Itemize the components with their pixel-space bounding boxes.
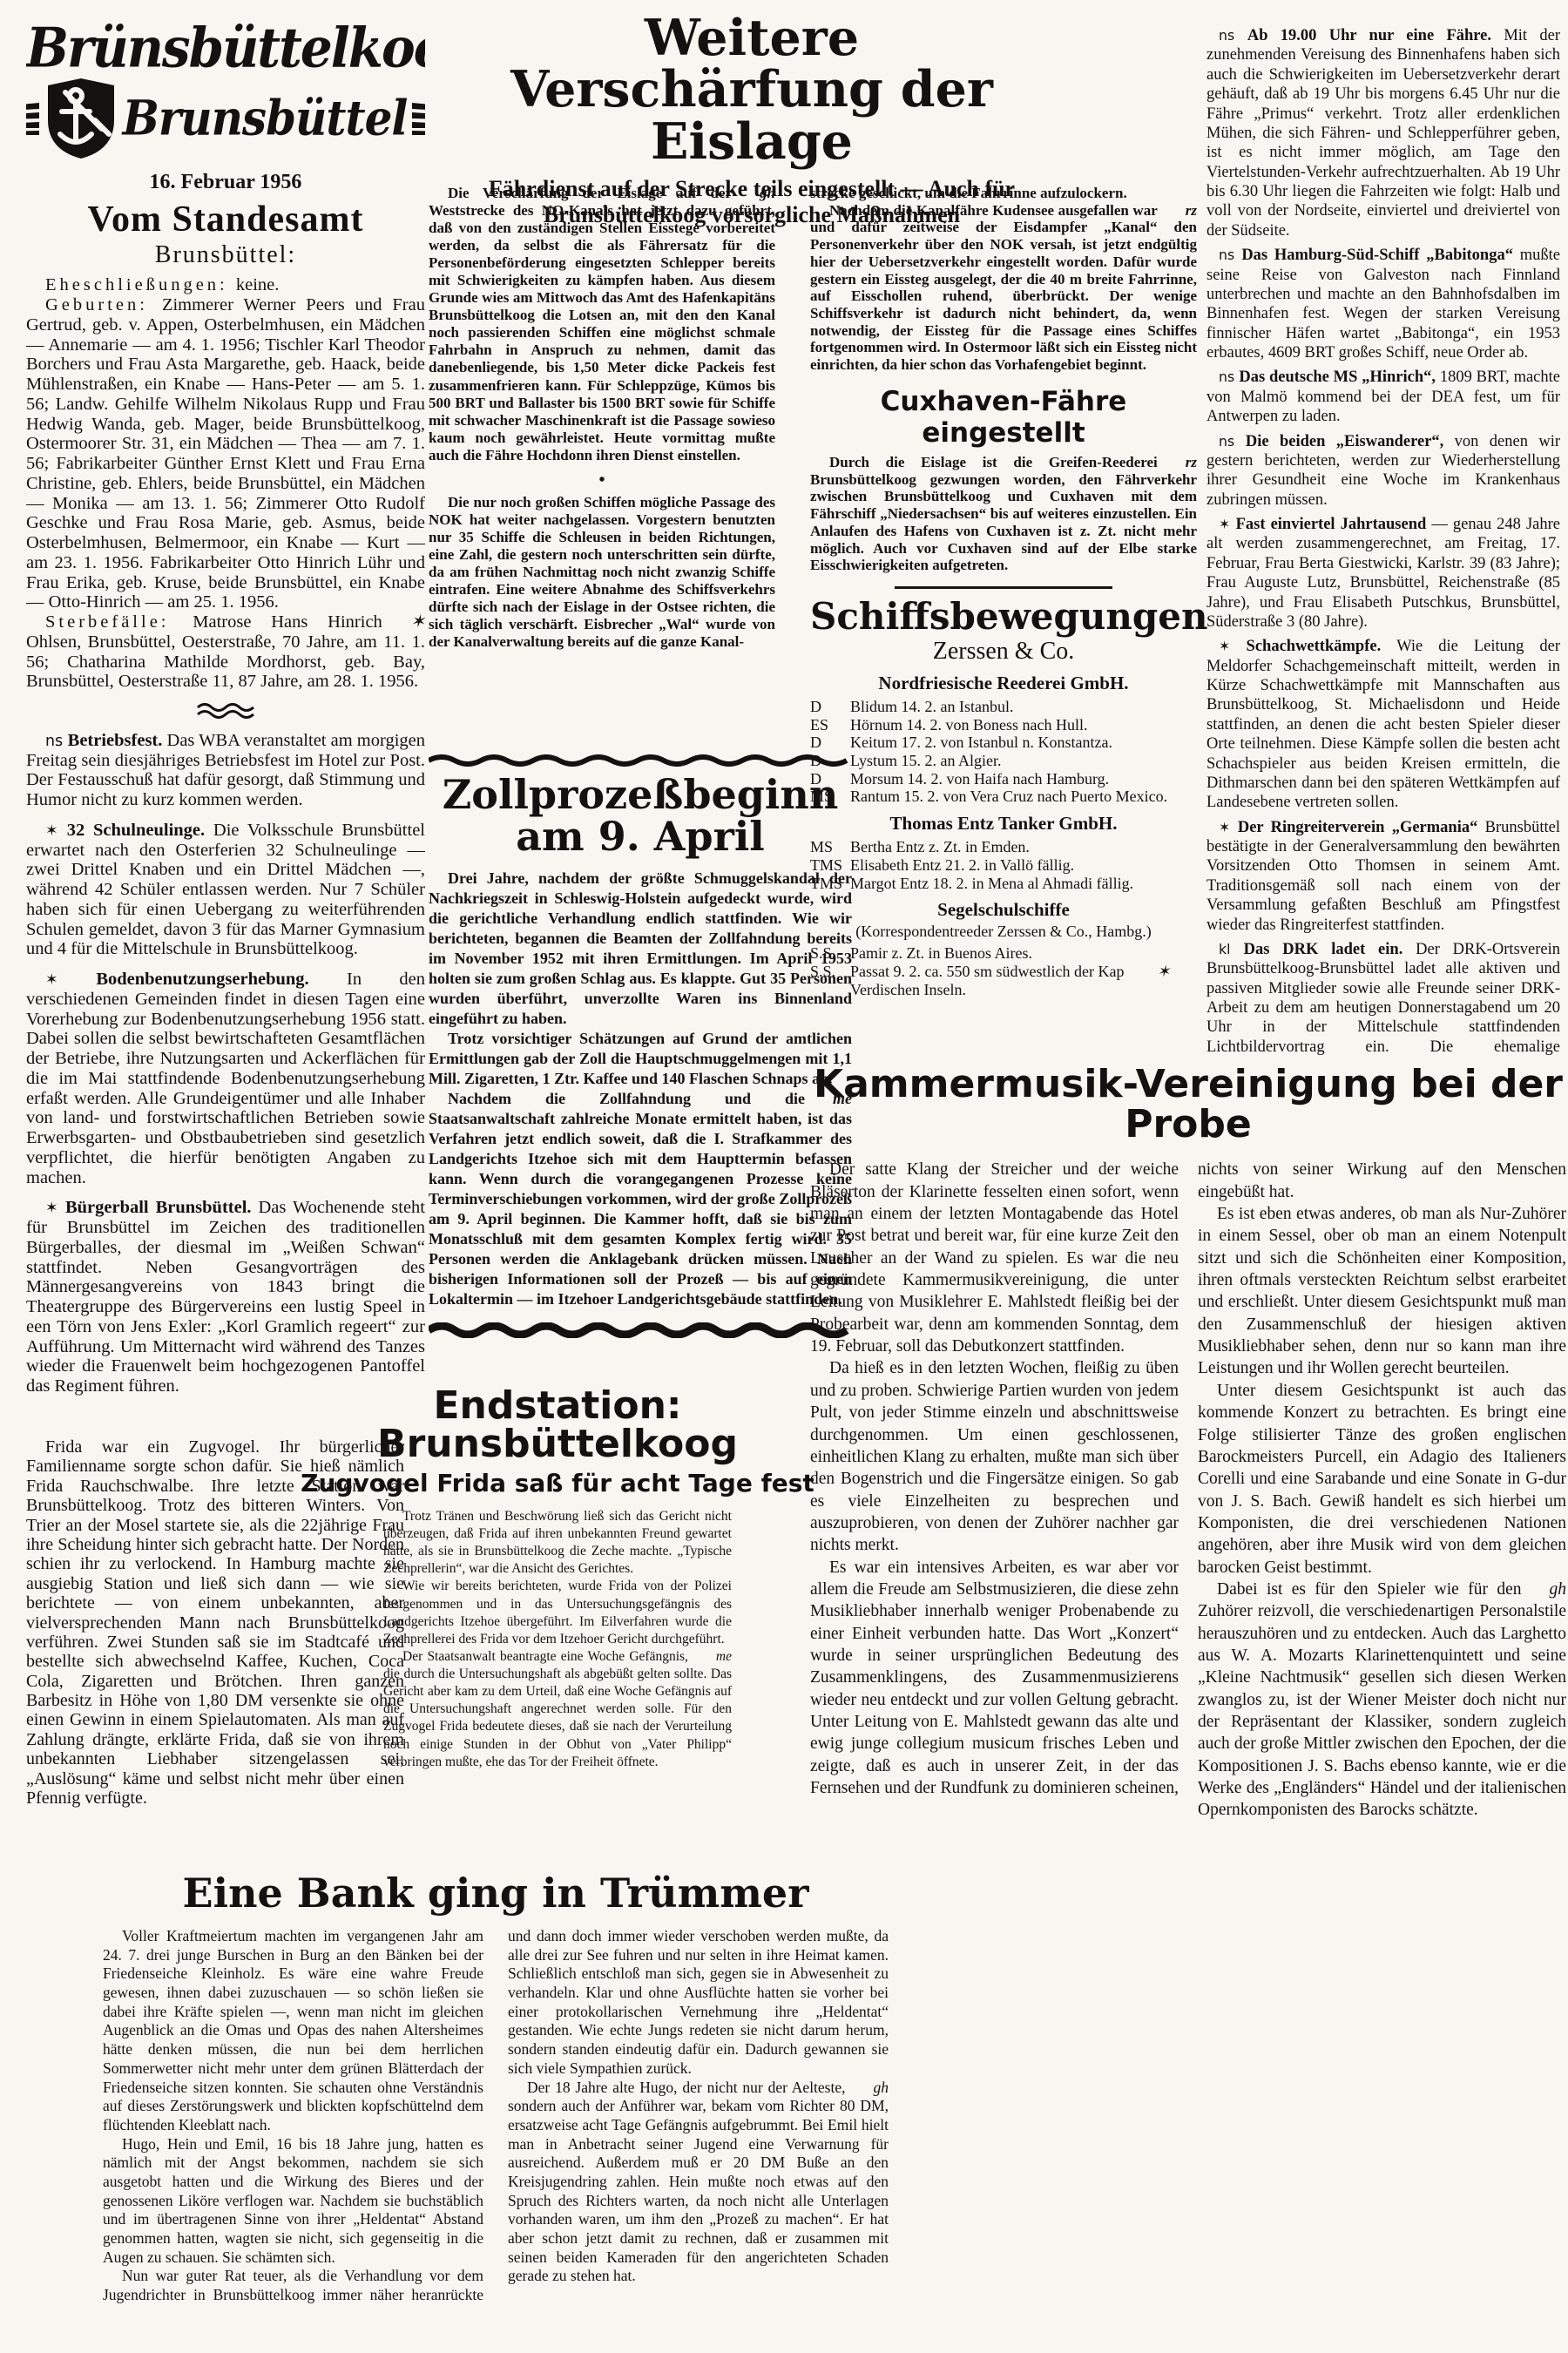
- paragraph: ns Die beiden „Eiswanderer“, von denen w…: [1206, 432, 1560, 510]
- tag-mark: TMS: [810, 875, 850, 893]
- kammermusik-body: Der satte Klang der Streicher und der we…: [810, 1159, 1566, 1897]
- paragraph: DBlidum 14. 2. an Istanbul.: [810, 698, 1197, 716]
- tag-mark: MS: [810, 788, 850, 806]
- paragraph: Der satte Klang der Streicher und der we…: [810, 1159, 1179, 1357]
- paragraph: ✶ Fast einviertel Jahrtausend — genau 24…: [1206, 515, 1560, 632]
- wavy-rule-top-icon: [429, 753, 852, 768]
- endstation-headline: Endstation: Brunsbüttelkoog: [261, 1387, 854, 1464]
- section-rule: [895, 586, 1112, 589]
- issue-date: 16. Februar 1956: [26, 171, 425, 194]
- eislage-para-2: Die nur noch großen Schiffen mögliche Pa…: [429, 494, 775, 651]
- paragraph: Voller Kraftmeiertum machten im vergange…: [103, 1927, 483, 2135]
- lead-mark: Fast einviertel Jahrtausend: [1236, 516, 1432, 533]
- paragraph: TMSElisabeth Entz 21. 2. in Vallö fällig…: [810, 856, 1197, 875]
- star-mark: ns: [1219, 247, 1241, 263]
- wavy-rule-bottom-icon: [429, 1322, 852, 1337]
- slead-mark: Sterbefälle:: [45, 612, 193, 632]
- tag-mark: D: [810, 752, 850, 770]
- city-crest-icon: [44, 77, 118, 160]
- paragraph: Drei Jahre, nachdem der größte Schmuggel…: [429, 869, 852, 1029]
- endstation-article: Endstation: Brunsbüttelkoog Zugvogel Fri…: [261, 1387, 854, 1771]
- paragraph: ✶ Bürgerball Brunsbüttel. Das Wochenende…: [26, 1198, 425, 1396]
- star-mark: kl: [1219, 941, 1244, 957]
- bank-headline: Eine Bank ging in Trümmer: [103, 1873, 889, 1913]
- paragraph: meDer Staatsanwalt beantragte eine Woche…: [383, 1648, 732, 1771]
- bank-body: Voller Kraftmeiertum machten im vergange…: [103, 1927, 889, 2353]
- star-mark: ✶: [45, 1200, 65, 1217]
- paragraph: Unter diesem Gesichtspunkt ist auch das …: [1198, 1380, 1566, 1579]
- ships-group-list: MSBertha Entz z. Zt. in Emden.TMSElisabe…: [810, 838, 1197, 892]
- ships-group-note: (Korrespondentreeder Zerssen & Co., Hamb…: [810, 923, 1197, 941]
- standesamt-body: Eheschließungen: keine.Geburten: Zimmere…: [26, 275, 425, 692]
- endstation-column-2: Trotz Tränen und Beschwörung ließ sich d…: [383, 1508, 732, 1771]
- paragraph: ns Ab 19.00 Uhr nur eine Fähre. Mit der …: [1206, 26, 1560, 240]
- ships-group-heading: Thomas Entz Tanker GmbH.: [810, 813, 1197, 835]
- lead-mark: Das DRK ladet ein.: [1244, 941, 1416, 958]
- lead-mark: Das Hamburg-Süd-Schiff „Babitonga“: [1241, 247, 1519, 264]
- zollprozess-article: Zollprozeßbeginn am 9. April Drei Jahre,…: [429, 747, 852, 1343]
- lead-mark: Ab 19.00 Uhr nur eine Fähre.: [1247, 27, 1504, 44]
- paragraph: ✶ 32 Schulneulinge. Die Volksschule Brun…: [26, 821, 425, 959]
- lead-mark: Der Ringreiterverein „Germania“: [1238, 819, 1485, 836]
- zollprozess-body: Drei Jahre, nachdem der größte Schmuggel…: [429, 869, 852, 1310]
- paragraph: ghDabei ist es für den Spieler wie für d…: [1198, 1579, 1566, 1822]
- endmark-mark: ✶: [382, 612, 425, 632]
- standesamt-title: Vom Standesamt: [26, 199, 425, 240]
- bullet-divider: •: [429, 471, 775, 489]
- paragraph: ns Das deutsche MS „Hinrich“, 1809 BRT, …: [1206, 368, 1560, 426]
- flourish-left-icon: [26, 99, 39, 138]
- paragraph: ghDer 18 Jahre alte Hugo, der nicht nur …: [508, 2079, 889, 2287]
- paragraph: ns Betriebsfest. Das WBA veranstaltet am…: [26, 731, 425, 810]
- star-mark: ✶: [45, 971, 96, 989]
- endmark-mark: ✶: [1188, 963, 1197, 981]
- zollprozess-headline-line2: am 9. April: [429, 815, 852, 857]
- endmark-mark: me: [688, 1648, 732, 1666]
- masthead-title-line2: Brunsbüttel: [123, 95, 408, 143]
- kammermusik-headline: Kammermusik-Vereinigung bei der Probe: [810, 1065, 1566, 1145]
- tag-mark: S.S.: [810, 944, 850, 963]
- paragraph: S.S.Pamir z. Zt. in Buenos Aires.: [810, 944, 1197, 963]
- lead-mark: 32 Schulneulinge.: [67, 821, 213, 840]
- endmark-mark: rz: [1158, 202, 1197, 220]
- lead-mark: Bodenbenutzungserhebung.: [96, 970, 347, 989]
- ships-group-list: S.S.Pamir z. Zt. in Buenos Aires.✶S.S.Pa…: [810, 944, 1197, 998]
- ships-group-heading: Segelschulschiffe: [810, 899, 1197, 921]
- tag-mark: D: [810, 734, 850, 752]
- tag-mark: D: [810, 770, 850, 788]
- local-items: ns Betriebsfest. Das WBA veranstaltet am…: [26, 731, 425, 1396]
- masthead-row: Brunsbüttel: [26, 77, 425, 160]
- ships-subtitle: Zerssen & Co.: [810, 638, 1197, 666]
- endmark-mark: gh: [1522, 1579, 1567, 1600]
- star-mark: ns: [1219, 369, 1239, 385]
- paragraph: rzNachdem die Kanalfähre Kudensee ausgef…: [810, 202, 1197, 374]
- paragraph: Eheschließungen: keine.: [26, 275, 425, 295]
- eislage-headline-line2: Verschärfung der Eislage: [429, 64, 1075, 167]
- paragraph: MSBertha Entz z. Zt. in Emden.: [810, 838, 1197, 856]
- paragraph: DLystum 15. 2. an Algier.: [810, 752, 1197, 770]
- bank-article: Eine Bank ging in Trümmer Voller Kraftme…: [103, 1873, 889, 2353]
- cuxhaven-headline: Cuxhaven-Fähre eingestellt: [810, 386, 1197, 449]
- paragraph: kl Das DRK ladet ein. Der DRK-Ortsverein…: [1206, 940, 1560, 1058]
- paragraph: ✶ Der Ringreiterverein „Germania“ Brunsb…: [1206, 818, 1560, 935]
- star-mark: ✶: [1219, 819, 1238, 835]
- paragraph: Trotz vorsichtiger Schätzungen auf Grund…: [429, 1029, 852, 1089]
- paragraph: MSRantum 15. 2. von Vera Cruz nach Puert…: [810, 788, 1197, 806]
- standesamt-subtitle: Brunsbüttel:: [26, 241, 425, 268]
- paragraph: rzDurch die Eislage ist die Greifen-Reed…: [810, 454, 1197, 574]
- paragraph: ✶ Schachwettkämpfe. Wie die Leitung der …: [1206, 637, 1560, 812]
- paragraph: ✶Sterbefälle: Matrose Hans Hinrich Ohlse…: [26, 612, 425, 692]
- newspaper-page: Brünsbüttelkoog: [0, 0, 1568, 2353]
- paragraph: Die nur noch großen Schiffen mögliche Pa…: [429, 494, 775, 651]
- paragraph: ✶ Bodenbenutzungserhebung. In den versch…: [26, 970, 425, 1187]
- ships-title: Schiffsbewegungen: [810, 598, 1197, 636]
- flourish-right-icon: [412, 99, 425, 138]
- left-column: Brünsbüttelkoog: [26, 23, 425, 1427]
- right-column: ns Ab 19.00 Uhr nur eine Fähre. Mit der …: [1206, 26, 1560, 1058]
- wave-divider-icon: [26, 700, 425, 720]
- endmark-mark: gh: [846, 2079, 889, 2098]
- star-mark: ns: [1219, 433, 1246, 450]
- tag-mark: S.S.: [810, 963, 850, 981]
- paragraph: DKeitum 17. 2. von Istanbul n. Konstantz…: [810, 734, 1197, 752]
- star-mark: ✶: [45, 822, 67, 840]
- lead-mark: Das deutsche MS „Hinrich“,: [1239, 369, 1439, 386]
- paragraph: Trotz Tränen und Beschwörung ließ sich d…: [383, 1508, 732, 1579]
- star-mark: ns: [45, 733, 68, 750]
- kammermusik-article: Kammermusik-Vereinigung bei der Probe De…: [810, 1065, 1566, 1897]
- paragraph: ESHörnum 14. 2. von Boness nach Hull.: [810, 716, 1197, 734]
- star-mark: ns: [1219, 27, 1247, 44]
- paragraph: ✶S.S.Passat 9. 2. ca. 550 sm südwestlich…: [810, 963, 1197, 998]
- eislage-para-1: ghDie Verschärfung der Eislage auf der W…: [429, 185, 775, 464]
- lead-mark: Betriebsfest.: [68, 731, 167, 750]
- cuxhaven-body: rzDurch die Eislage ist die Greifen-Reed…: [810, 454, 1197, 574]
- eislage-headline-line1: Weitere: [429, 12, 1075, 64]
- ships-group-list: DBlidum 14. 2. an Istanbul.ESHörnum 14. …: [810, 698, 1197, 806]
- paragraph: Da hieß es in den letzten Wochen, fleißi…: [810, 1357, 1179, 1556]
- paragraph: meNachdem die Zollfahndung und die Staat…: [429, 1089, 852, 1309]
- paragraph: Es ist eben etwas anderes, ob man als Nu…: [1198, 1203, 1566, 1380]
- star-mark: ✶: [1219, 516, 1236, 532]
- tag-mark: D: [810, 698, 850, 716]
- paragraph: TMSMargot Entz 18. 2. in Mena al Ahmadi …: [810, 875, 1197, 893]
- paragraph: Hugo, Hein und Emil, 16 bis 18 Jahre jun…: [103, 2135, 483, 2268]
- star-mark: ✶: [1219, 638, 1247, 654]
- paragraph: ghDie Verschärfung der Eislage auf der W…: [429, 185, 775, 464]
- paragraph: DMorsum 14. 2. von Haifa nach Hamburg.: [810, 770, 1197, 788]
- endmark-mark: rz: [1158, 454, 1197, 471]
- lead-mark: Schachwettkämpfe.: [1247, 638, 1397, 655]
- slead-mark: Eheschließungen:: [45, 275, 236, 294]
- paragraph: Geburten: Zimmerer Werner Peers und Frau…: [26, 295, 425, 612]
- masthead-title-line1: Brünsbüttelkoog: [26, 23, 425, 75]
- zollprozess-headline-line1: Zollprozeßbeginn: [429, 774, 852, 815]
- tag-mark: TMS: [810, 856, 850, 875]
- endstation-subhead: Zugvogel Frida saß für acht Tage fest: [261, 1471, 854, 1498]
- eislage-column-a: ghDie Verschärfung der Eislage auf der W…: [429, 185, 775, 746]
- eislage-column-b: strecke geschickt, um die Fahrrinne aufz…: [810, 185, 1197, 374]
- ships-group-heading: Nordfriesische Reederei GmbH.: [810, 673, 1197, 694]
- paragraph: ns Das Hamburg-Süd-Schiff „Babitonga“ mu…: [1206, 246, 1560, 362]
- endmark-mark: gh: [732, 185, 775, 202]
- slead-mark: Geburten:: [45, 295, 162, 314]
- center-right-column: strecke geschickt, um die Fahrrinne aufz…: [810, 185, 1197, 998]
- paragraph: Wie wir bereits berichteten, wurde Frida…: [383, 1578, 732, 1648]
- tag-mark: ES: [810, 716, 850, 734]
- lead-mark: Bürgerball Brunsbüttel.: [65, 1198, 259, 1217]
- lead-mark: Die beiden „Eiswanderer“,: [1246, 433, 1455, 450]
- paragraph: strecke geschickt, um die Fahrrinne aufz…: [810, 185, 1197, 202]
- tag-mark: MS: [810, 838, 850, 856]
